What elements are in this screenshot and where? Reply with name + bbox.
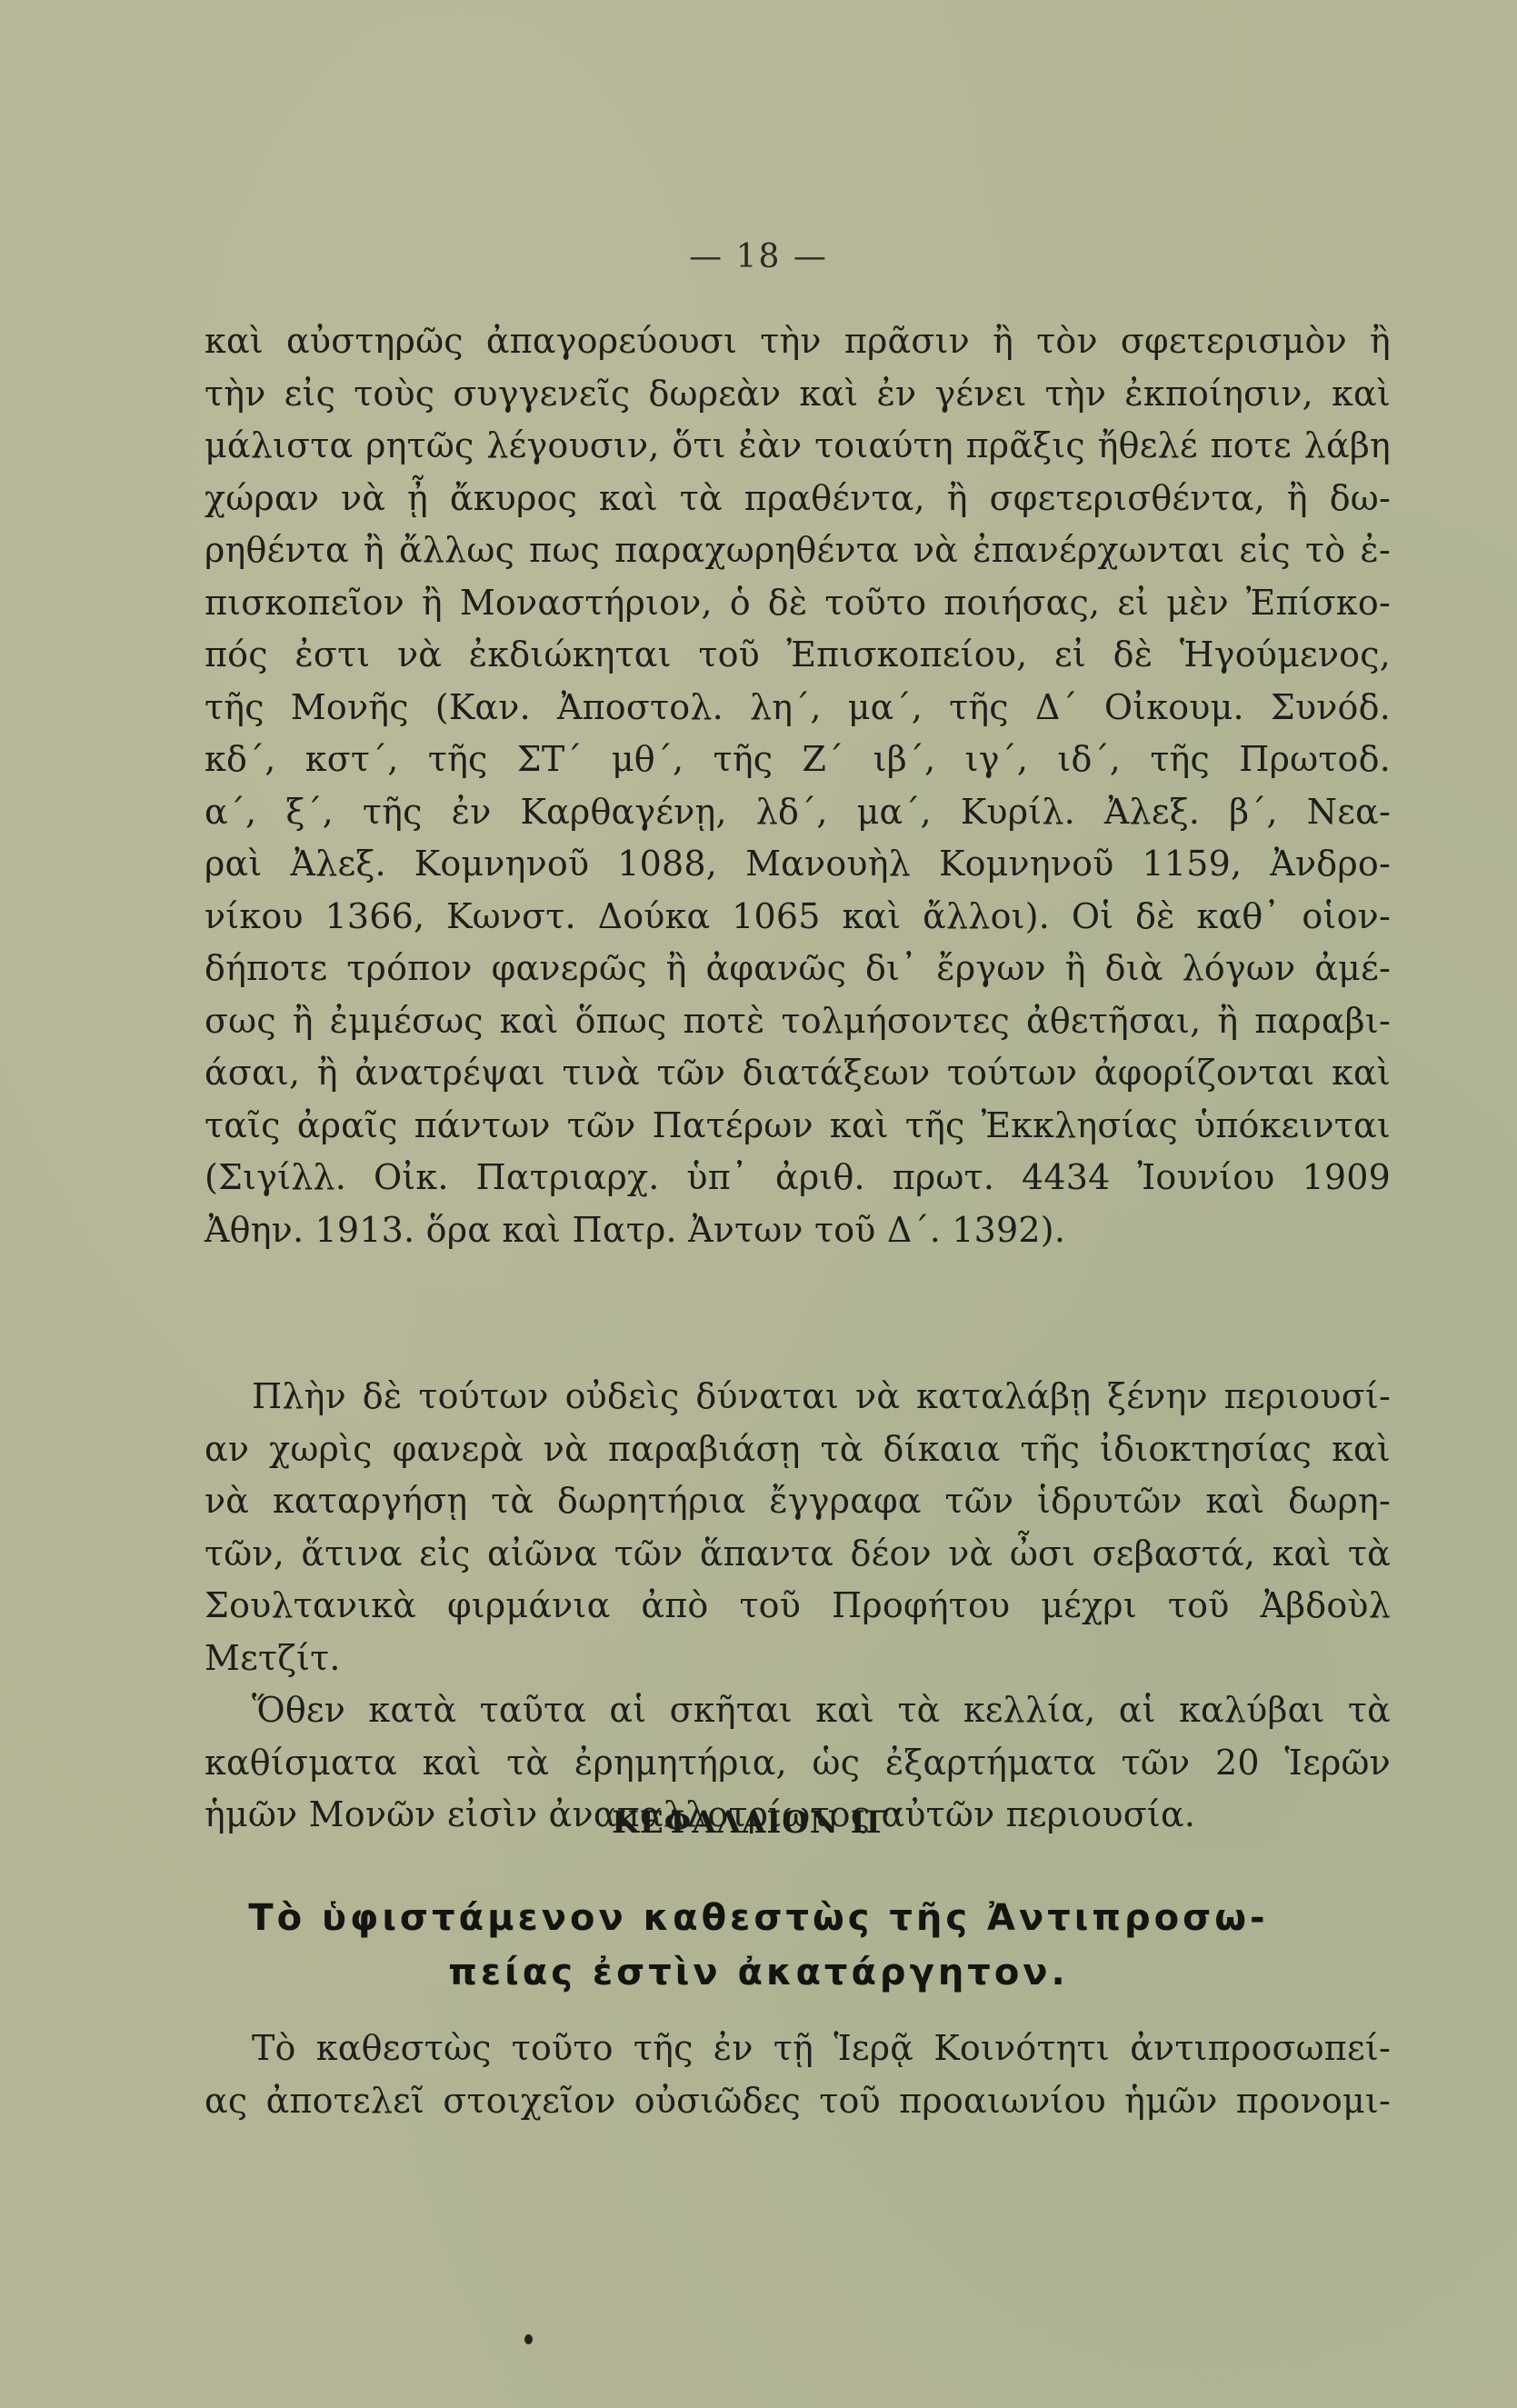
scanned-book-page: — 18 — καὶ αὐστηρῶς ἀπαγορεύουσι τὴν πρᾶ…: [0, 0, 1517, 2408]
text-line: νὰ καταργήσῃ τὰ δωρητήρια ἔγγραφα τῶν ἱδ…: [205, 1475, 1391, 1528]
text-line: ραὶ Ἀλεξ. Κομνηνοῦ 1088, Μανουὴλ Κομνηνο…: [205, 838, 1391, 891]
chapter-heading: ΚΕΦΑΛΑΙΟΝ ΙΓ΄: [0, 1804, 1517, 1841]
text-line: σως ἢ ἐμμέσως καὶ ὅπως ποτὲ τολμήσοντες …: [205, 995, 1391, 1048]
text-line: καὶ αὐστηρῶς ἀπαγορεύουσι τὴν πρᾶσιν ἢ τ…: [205, 315, 1391, 368]
text-line: χώραν νὰ ᾖ ἄκυρος καὶ τὰ πραθέντα, ἢ σφε…: [205, 473, 1391, 525]
text-line: δήποτε τρόπον φανερῶς ἢ ἀφανῶς δι᾽ ἔργων…: [205, 943, 1391, 995]
text-line: ρηθέντα ἢ ἄλλως πως παραχωρηθέντα νὰ ἐπα…: [205, 525, 1391, 577]
text-line: τὴν εἰς τοὺς συγγενεῖς δωρεὰν καὶ ἐν γέν…: [205, 368, 1391, 421]
paragraph-representation: Τὸ καθεστὼς τοῦτο τῆς ἐν τῇ Ἱερᾷ Κοινότη…: [205, 2023, 1391, 2127]
page-number: — 18 —: [0, 238, 1517, 275]
text-line: Μετζίτ.: [205, 1633, 1391, 1685]
paragraph-property-rights: Πλὴν δὲ τούτων οὐδεὶς δύναται νὰ καταλάβ…: [205, 1371, 1391, 1842]
text-line: (Σιγίλλ. Οἰκ. Πατριαρχ. ὑπ᾽ ἀριθ. πρωτ. …: [205, 1152, 1391, 1204]
text-line: πός ἐστι νὰ ἐκδιώκηται τοῦ Ἐπισκοπείου, …: [205, 629, 1391, 682]
paragraph-canon-citations: καὶ αὐστηρῶς ἀπαγορεύουσι τὴν πρᾶσιν ἢ τ…: [205, 315, 1391, 1256]
text-line: τῶν, ἅτινα εἰς αἰῶνα τῶν ἅπαντα δέον νὰ …: [205, 1528, 1391, 1581]
text-line: άσαι, ἢ ἀνατρέψαι τινὰ τῶν διατάξεων τού…: [205, 1047, 1391, 1100]
text-line: κδ΄, κστ΄, τῆς ΣΤ΄ μθ΄, τῆς Ζ΄ ιβ΄, ιγ΄,…: [205, 734, 1391, 786]
text-line: Ὅθεν κατὰ ταῦτα αἱ σκῆται καὶ τὰ κελλία,…: [205, 1684, 1391, 1737]
chapter-title-line: Τὸ ὑφιστάμενον καθεστὼς τῆς Ἀντιπροσω-: [0, 1891, 1517, 1945]
text-line: Ἀθην. 1913. ὅρα καὶ Πατρ. Ἀντων τοῦ Δ΄. …: [205, 1204, 1391, 1257]
text-line: α΄, ξ΄, τῆς ἐν Καρθαγένῃ, λδ΄, μα΄, Κυρί…: [205, 786, 1391, 839]
chapter-title-line: πείας ἐστὶν ἀκατάργητον.: [0, 1945, 1517, 2000]
chapter-title: Τὸ ὑφιστάμενον καθεστὼς τῆς Ἀντιπροσω- π…: [0, 1891, 1517, 2000]
print-blemish: [524, 2334, 533, 2344]
text-line: μάλιστα ρητῶς λέγουσιν, ὅτι ἐὰν τοιαύτη …: [205, 420, 1391, 473]
text-line: ταῖς ἀραῖς πάντων τῶν Πατέρων καὶ τῆς Ἐκ…: [205, 1100, 1391, 1153]
text-line: πισκοπεῖον ἢ Μοναστήριον, ὁ δὲ τοῦτο ποι…: [205, 577, 1391, 630]
text-line: Σουλτανικὰ φιρμάνια ἀπὸ τοῦ Προφήτου μέχ…: [205, 1580, 1391, 1633]
text-line: νίκου 1366, Κωνστ. Δούκα 1065 καὶ ἄλλοι)…: [205, 891, 1391, 944]
text-line: Πλὴν δὲ τούτων οὐδεὶς δύναται νὰ καταλάβ…: [205, 1371, 1391, 1424]
text-line: ας ἀποτελεῖ στοιχεῖον οὐσιῶδες τοῦ προαι…: [205, 2075, 1391, 2128]
text-line: τῆς Μονῆς (Καν. Ἀποστολ. λη΄, μα΄, τῆς Δ…: [205, 682, 1391, 734]
text-line: αν χωρὶς φανερὰ νὰ παραβιάσῃ τὰ δίκαια τ…: [205, 1424, 1391, 1476]
text-line: Τὸ καθεστὼς τοῦτο τῆς ἐν τῇ Ἱερᾷ Κοινότη…: [205, 2023, 1391, 2075]
text-line: καθίσματα καὶ τὰ ἐρημητήρια, ὡς ἐξαρτήμα…: [205, 1737, 1391, 1790]
